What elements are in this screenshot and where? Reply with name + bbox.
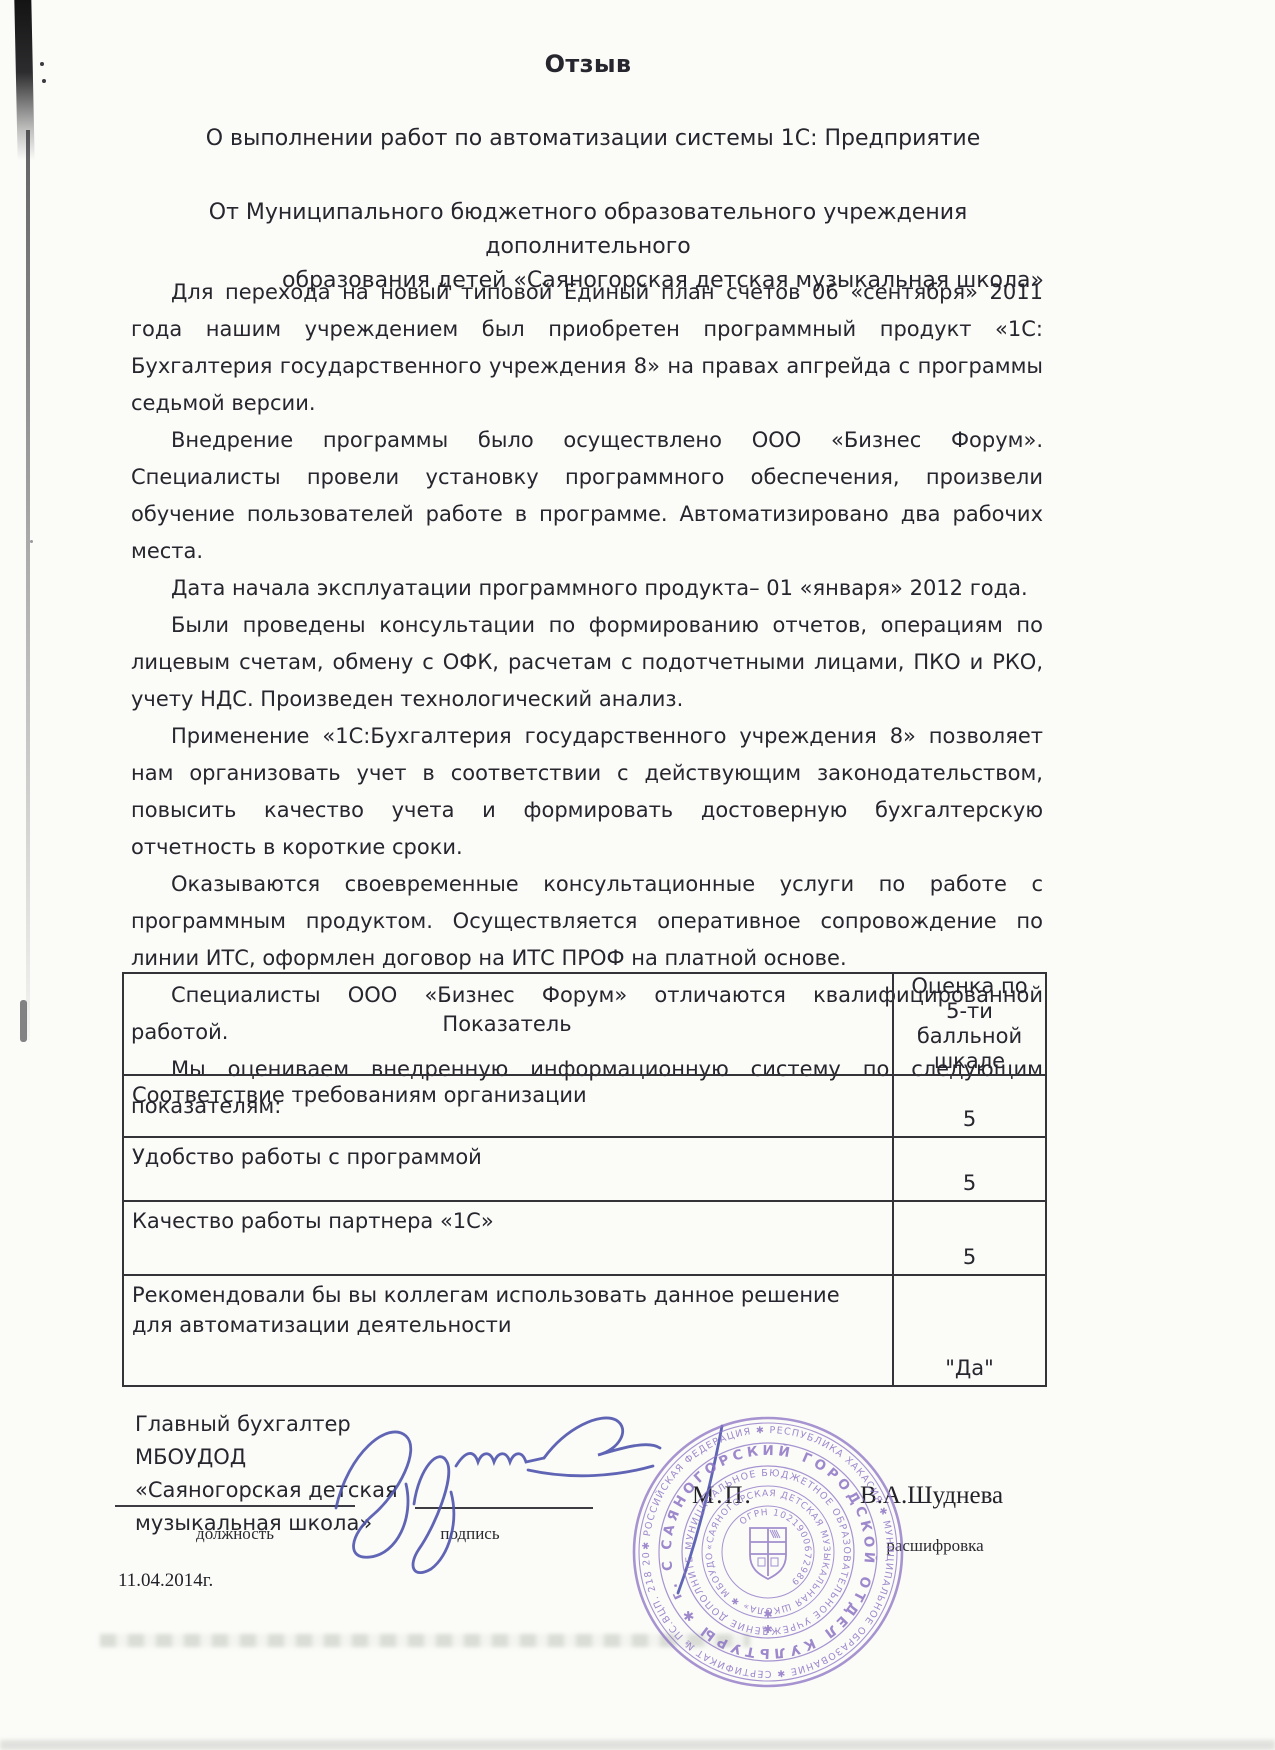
scan-speck [30,540,33,543]
document-date: 11.04.2014г. [118,1570,213,1592]
paragraph: Применение «1С:Бухгалтерия государственн… [131,718,1043,866]
header-indicator: Показатель [124,974,892,1074]
stamp-asterisk: ✱ [763,1608,772,1621]
row-score: 5 [892,1202,1045,1274]
document-page: Отзыв О выполнении работ по автоматизаци… [0,0,1275,1750]
table-row: Удобство работы с программой 5 [124,1136,1045,1200]
table-row: Соответствие требованиям организации 5 [124,1074,1045,1136]
paragraph: Оказываются своевременные консультационн… [131,866,1043,977]
row-indicator: Качество работы партнера «1С» [124,1202,892,1274]
row-indicator: Удобство работы с программой [124,1138,892,1200]
stamp-asterisk: ✱ [763,1623,772,1636]
table-row: Качество работы партнера «1С» 5 [124,1200,1045,1274]
table-header-row: Показатель Оценка по 5-ти балльной шкале [124,974,1045,1074]
row-indicator: Соответствие требованиям организации [124,1076,892,1136]
from-line-1: От Муниципального бюджетного образовател… [128,196,1048,264]
scan-speck [42,79,46,83]
scan-bottom-smear [0,1740,1275,1750]
row-score: "Да" [892,1276,1045,1385]
document-title: Отзыв [128,50,1048,78]
scan-edge-artifact [14,0,34,160]
paragraph: Для перехода на новый типовой Единый пла… [131,274,1043,422]
document-subtitle: О выполнении работ по автоматизации сист… [128,126,1058,151]
row-score: 5 [892,1138,1045,1200]
scan-edge-blob [20,1000,27,1042]
row-indicator: Рекомендовали бы вы коллегам использоват… [124,1276,892,1385]
table-row: Рекомендовали бы вы коллегам использоват… [124,1274,1045,1385]
paragraph: Были проведены консультации по формирова… [131,607,1043,718]
scan-edge-line [26,130,30,1040]
stamp-coat-of-arms [750,1528,786,1579]
position-label: должность [150,1524,320,1544]
row-score: 5 [892,1076,1045,1136]
round-stamp: ✱ РОССИЙСКАЯ ФЕДЕРАЦИЯ ✱ РЕСПУБЛИКА ХАКА… [618,1402,918,1702]
paragraph: Внедрение программы было осуществлено ОО… [131,422,1043,570]
paragraph: Дата начала эксплуатации программного пр… [131,570,1043,607]
scan-speck [40,62,44,66]
header-score: Оценка по 5-ти балльной шкале [892,974,1045,1074]
evaluation-table: Показатель Оценка по 5-ти балльной шкале… [122,972,1047,1387]
